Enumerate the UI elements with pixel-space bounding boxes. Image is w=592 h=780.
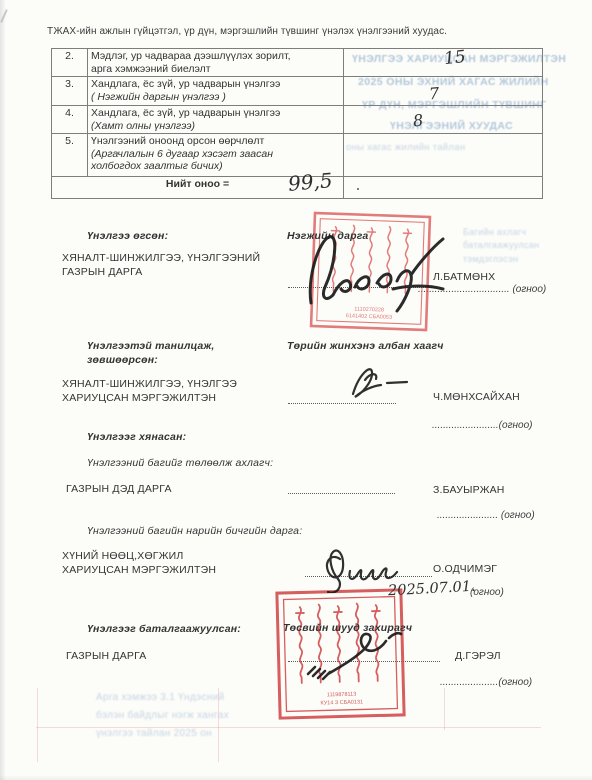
ghost-text: бэлэн байдлыг нэгж хангах bbox=[96, 710, 229, 721]
row-text: Үнэлгээний оноонд орсон өөрчлөлт bbox=[91, 135, 264, 147]
table-row: 4. Хандлага, ёс зүй, ур чадварын үнэлгээ… bbox=[52, 106, 543, 134]
position-line: ГАЗРЫН ДАРГА bbox=[62, 266, 143, 279]
position-line: ГАЗРЫН ДАРГА bbox=[66, 650, 147, 663]
row-note: (Хамт олны үнэлгээ) bbox=[91, 120, 340, 133]
stamp-number: 1119878113 bbox=[327, 692, 357, 699]
signer-name: Д.ГЭРЭЛ bbox=[455, 650, 501, 663]
signer-name: О.ОДЧИМЭГ bbox=[433, 563, 497, 576]
row-description: Хандлага, ёс зүй, ур чадварын үнэлгээ(Ха… bbox=[88, 106, 344, 134]
ghost-grid-line bbox=[444, 688, 445, 730]
position-line: ХЯНАЛТ-ШИНЖИЛГЭЭ, ҮНЭЛГЭЭНИЙ bbox=[62, 252, 260, 265]
date-line: ........................(огноо) bbox=[432, 420, 532, 431]
ghost-text: тэмдэглэсэн bbox=[463, 254, 518, 264]
row-score-cell bbox=[344, 106, 543, 134]
handwritten-score: 7 bbox=[428, 84, 439, 104]
ghost-text: Арга хэмжээ 3.1 Үндэсний bbox=[96, 692, 224, 703]
row-text: Хандлага, ёс зүй, ур чадварын үнэлгээ bbox=[91, 78, 280, 90]
ghost-text: үнэлгээ тайлан 2025 он bbox=[96, 728, 212, 739]
ghost-text: Багийн ахлагч bbox=[463, 226, 526, 238]
row-note: (Аргачлалын 6 дугаар хэсэгт заасан холбо… bbox=[91, 148, 309, 173]
stamp-number: КУ14 З СБА0131 bbox=[320, 699, 363, 706]
total-score-cell bbox=[344, 177, 543, 199]
table-row: 3. Хандлага, ёс зүй, ур чадварын үнэлгээ… bbox=[52, 77, 543, 106]
row-score-cell bbox=[344, 77, 543, 106]
ghost-grid-line bbox=[218, 688, 219, 762]
scan-edge bbox=[0, 775, 592, 780]
signer-title-acknowledged: Төрийн жинхэнэ албан хаагч bbox=[287, 340, 444, 353]
row-description: Хандлага, ёс зүй, ур чадварын үнэлгээ( Н… bbox=[88, 77, 344, 106]
position-line: ГАЗРЫН ДЭД ДАРГА bbox=[66, 483, 172, 496]
section-heading-approved: Үнэлгээг баталгаажуулсан: bbox=[87, 623, 241, 636]
section-heading-given: Үнэлгээ өгсөн: bbox=[87, 230, 168, 243]
page-title: ТЖАХ-ийн ажлын гүйцэтгэл, үр дүн, мэргэш… bbox=[47, 26, 447, 37]
row-text: Хандлага, ёс зүй, ур чадварын үнэлгээ bbox=[91, 107, 280, 119]
lead-label: Үнэлгээний багийг төлөөлж ахлагч: bbox=[87, 457, 273, 470]
row-number: 2. bbox=[52, 49, 88, 77]
secretary-label: Үнэлгээний багийн нарийн бичгийн дарга: bbox=[87, 525, 302, 538]
ghost-grid-line bbox=[36, 727, 541, 728]
row-number: 3. bbox=[52, 77, 88, 106]
section-heading-acknowledged: Үнэлгээтэй танилцаж, bbox=[87, 340, 215, 353]
row-number: 4. bbox=[52, 106, 88, 134]
position-line: ХЯНАЛТ-ШИНЖИЛГЭЭ, ҮНЭЛГЭЭ bbox=[62, 378, 237, 391]
signature-gerel bbox=[296, 618, 411, 683]
row-score-cell bbox=[344, 134, 543, 177]
date-line: ...................... (огноо) bbox=[437, 510, 535, 521]
signature-odchimeg bbox=[318, 543, 413, 593]
signature-munkhsaikhan bbox=[345, 360, 415, 405]
section-heading-reviewed: Үнэлгээг хянасан: bbox=[87, 431, 186, 444]
total-label: Нийт оноо = bbox=[166, 178, 229, 190]
scanned-evaluation-document: ҮНЭЛГЭЭ ХАРИУЦСАН МЭРГЭЖИЛТЭН 2025 ОНЫ Э… bbox=[0, 0, 592, 780]
signature-batmunkh bbox=[297, 225, 457, 315]
handwritten-score: 8 bbox=[412, 111, 424, 131]
date-line: .....................(огноо) bbox=[440, 677, 532, 688]
handwritten-total-score: 99,5 bbox=[287, 168, 333, 196]
row-text: Мэдлэг, ур чадвараа дээшлүүлэх зорилт, а… bbox=[91, 50, 309, 75]
position-line: ХАРИУЦСАН МЭРГЭЖИЛТЭН bbox=[62, 564, 216, 577]
row-description: Мэдлэг, ур чадвараа дээшлүүлэх зорилт, а… bbox=[88, 49, 344, 77]
section-heading-acknowledged: зөвшөөрсөн: bbox=[87, 354, 158, 367]
scan-edge bbox=[0, 0, 6, 780]
signer-name: З.БАУЫРЖАН bbox=[433, 484, 505, 497]
signer-name: Ч.МӨНХСАЙХАН bbox=[433, 391, 520, 404]
table-row: 2. Мэдлэг, ур чадвараа дээшлүүлэх зорилт… bbox=[52, 49, 543, 77]
row-number: 5. bbox=[52, 134, 88, 177]
position-line: ХАРИУЦСАН МЭРГЭЖИЛТЭН bbox=[62, 392, 216, 405]
position-line: ХҮНИЙ НӨӨЦ,ХӨГЖИЛ bbox=[62, 550, 183, 563]
ink-dot bbox=[357, 188, 359, 190]
row-note: ( Нэгжийн даргын үнэлгээ ) bbox=[91, 91, 340, 104]
ghost-grid-line bbox=[37, 688, 38, 762]
ghost-text: баталгаажуулсан bbox=[463, 240, 539, 250]
signature-line bbox=[288, 482, 395, 494]
handwritten-score: 15 bbox=[443, 47, 467, 69]
